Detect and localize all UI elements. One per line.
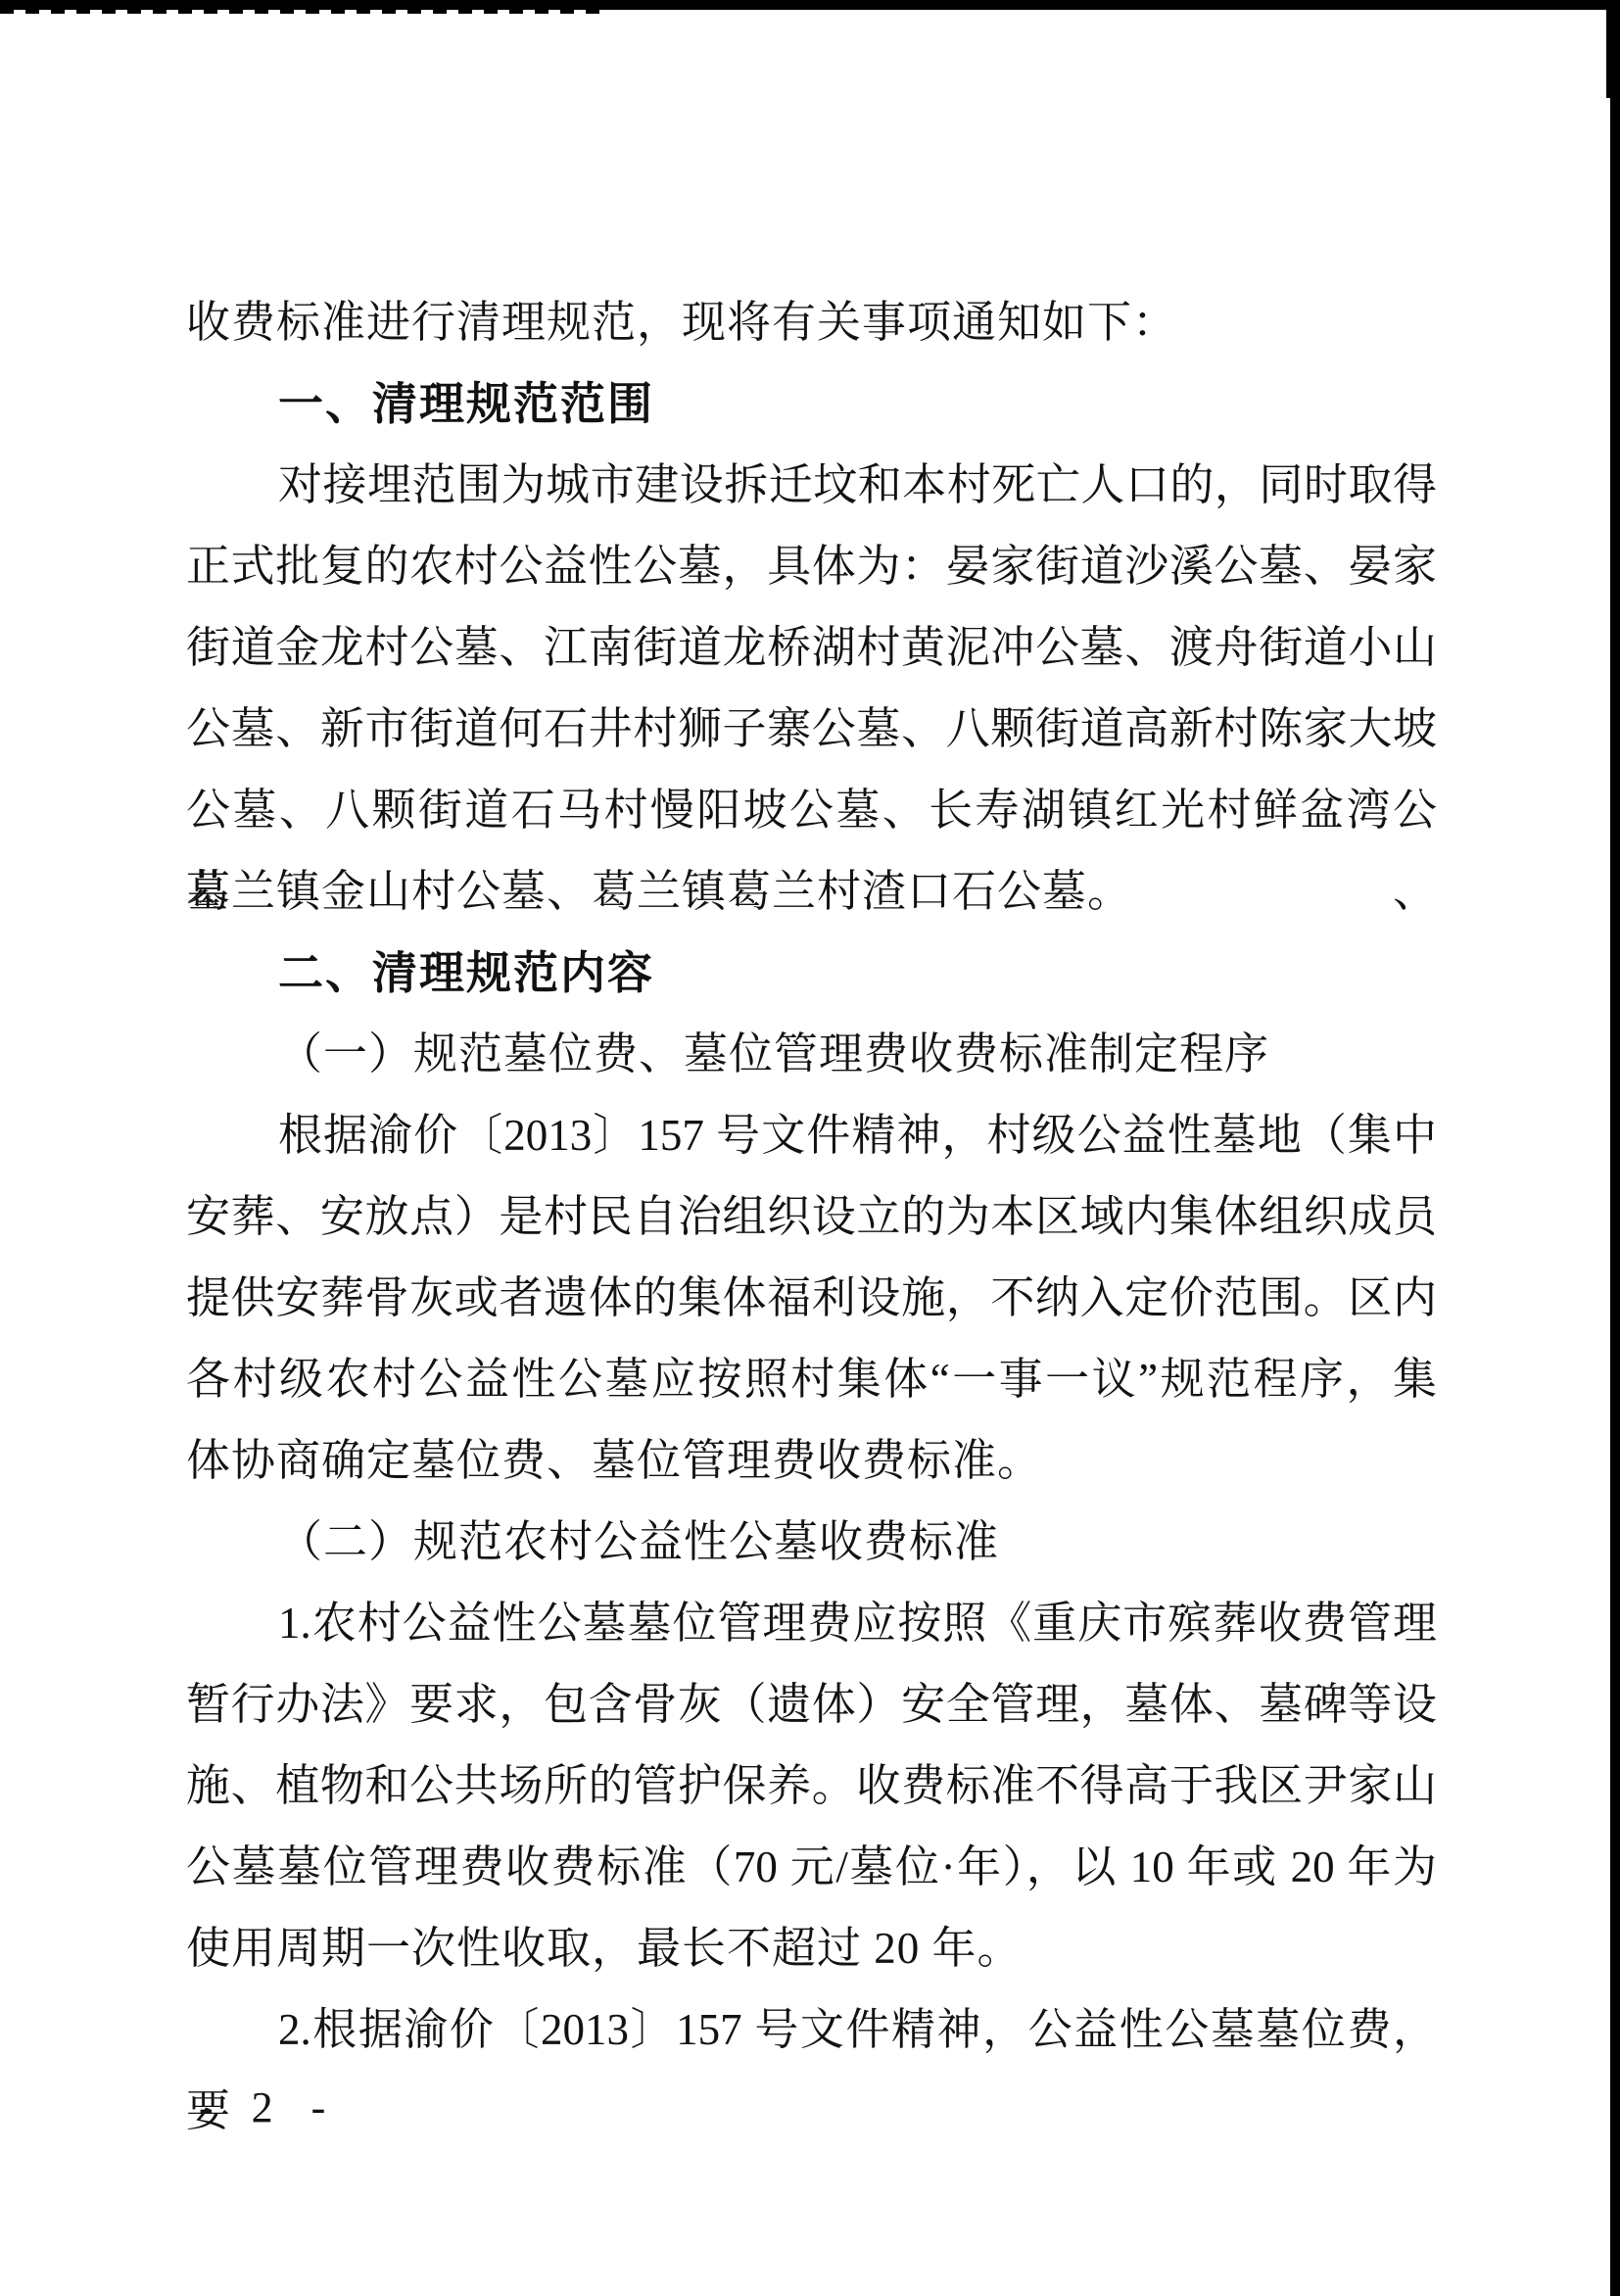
page-number: - 2 - — [199, 2079, 339, 2137]
section-heading-1: 一、清理规范范围 — [186, 363, 1437, 445]
doc-line: 体协商确定墓位费、墓位管理费收费标准。 — [186, 1420, 1437, 1502]
doc-line: 暂行办法》要求，包含骨灰（遗体）安全管理，墓体、墓碑等设 — [186, 1664, 1437, 1746]
doc-line: 对接埋范围为城市建设拆迁坟和本村死亡人口的，同时取得 — [186, 445, 1437, 526]
scan-artifact-top-bar — [0, 0, 1620, 10]
doc-line: 街道金龙村公墓、江南街道龙桥湖村黄泥冲公墓、渡舟街道小山 — [186, 607, 1437, 689]
doc-line: 公墓、新市街道何石井村狮子寨公墓、八颗街道高新村陈家大坡 — [186, 689, 1437, 770]
document-page: 收费标准进行清理规范，现将有关事项通知如下： 一、清理规范范围 对接埋范围为城市… — [0, 0, 1620, 2296]
document-body: 收费标准进行清理规范，现将有关事项通知如下： 一、清理规范范围 对接埋范围为城市… — [186, 282, 1437, 2071]
sub-heading-1: （一）规范墓位费、墓位管理费收费标准制定程序 — [186, 1014, 1437, 1095]
doc-line: 1.农村公益性公墓墓位管理费应按照《重庆市殡葬收费管理 — [186, 1583, 1437, 1664]
doc-line: 提供安葬骨灰或者遗体的集体福利设施，不纳入定价范围。区内 — [186, 1258, 1437, 1339]
doc-line: 正式批复的农村公益性公墓，具体为：晏家街道沙溪公墓、晏家 — [186, 526, 1437, 607]
doc-line: 公墓、八颗街道石马村慢阳坡公墓、长寿湖镇红光村鲜盆湾公墓、 — [186, 770, 1437, 851]
scan-artifact-right-bar — [1610, 0, 1620, 2296]
doc-line: 施、植物和公共场所的管护保养。收费标准不得高于我区尹家山 — [186, 1746, 1437, 1827]
doc-line: 安葬、安放点）是村民自治组织设立的为本区域内集体组织成员 — [186, 1176, 1437, 1258]
doc-line: 根据渝价〔2013〕157 号文件精神，村级公益性墓地（集中 — [186, 1095, 1437, 1176]
doc-line: 各村级农村公益性公墓应按照村集体“一事一议”规范程序，集 — [186, 1339, 1437, 1420]
doc-line: 收费标准进行清理规范，现将有关事项通知如下： — [186, 282, 1437, 363]
section-heading-2: 二、清理规范内容 — [186, 933, 1437, 1014]
doc-line: 使用周期一次性收取，最长不超过 20 年。 — [186, 1908, 1437, 1989]
doc-line: 公墓墓位管理费收费标准（70 元/墓位·年），以 10 年或 20 年为 — [186, 1827, 1437, 1908]
scan-artifact-right-corner — [1606, 0, 1620, 98]
sub-heading-2: （二）规范农村公益性公墓收费标准 — [186, 1502, 1437, 1583]
doc-line: 2.根据渝价〔2013〕157 号文件精神，公益性公墓墓位费，要 — [186, 1989, 1437, 2071]
